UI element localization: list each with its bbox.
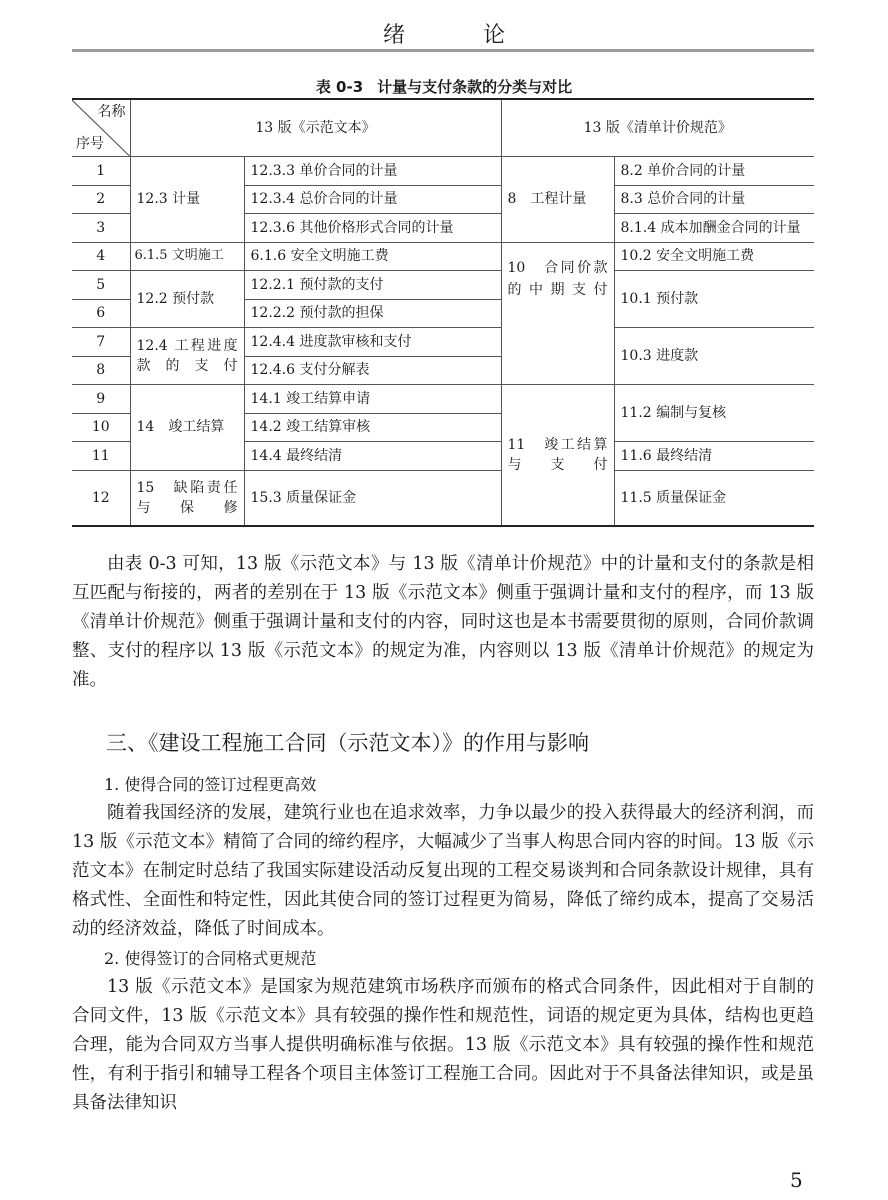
shifan-group: 15 缺陷责任与保修 — [130, 470, 244, 526]
qingdan-item: 10.2 安全文明施工费 — [614, 242, 814, 271]
row-seq: 3 — [72, 214, 130, 243]
qingdan-item: 8.3 总价合同的计量 — [614, 185, 814, 214]
qingdan-item: 10.3 进度款 — [614, 328, 814, 385]
shifan-item: 12.3.3 单价合同的计量 — [244, 157, 501, 186]
shifan-item: 12.2.2 预付款的担保 — [244, 299, 501, 328]
section-heading: 三、《建设工程施工合同（示范文本）》的作用与影响 — [106, 727, 589, 757]
qingdan-item: 8.2 单价合同的计量 — [614, 157, 814, 186]
paragraph: 随着我国经济的发展，建筑行业也在追求效率，力争以最少的投入获得最大的经济利润，而… — [72, 799, 814, 944]
table-caption-number: 表 0-3 — [316, 78, 363, 96]
shifan-item: 14.2 竣工结算审核 — [244, 413, 501, 442]
column-header-shifan: 13 版《示范文本》 — [130, 99, 501, 157]
table-row: 5 12.2 预付款 12.2.1 预付款的支付 10.1 预付款 — [72, 271, 814, 300]
qingdan-group: 11 竣工结算与支付 — [501, 385, 614, 526]
table-caption-title: 计量与支付条款的分类与对比 — [377, 78, 572, 96]
paragraph: 13 版《示范文本》是国家为规范建筑市场秩序而颁布的格式合同条件，因此相对于自制… — [72, 973, 814, 1118]
shifan-item: 12.2.1 预付款的支付 — [244, 271, 501, 300]
qingdan-item: 11.5 质量保证金 — [614, 470, 814, 526]
shifan-group: 12.2 预付款 — [130, 271, 244, 328]
header-rule — [72, 49, 814, 52]
table-row: 7 12.4 工程进度款的支付 12.4.4 进度款审核和支付 10.3 进度款 — [72, 328, 814, 357]
shifan-item: 14.1 竣工结算申请 — [244, 385, 501, 414]
row-seq: 7 — [72, 328, 130, 357]
paragraph-table-summary: 由表 0-3 可知，13 版《示范文本》与 13 版《清单计价规范》中的计量和支… — [72, 550, 814, 695]
diagonal-header-cell: 名称 序号 — [72, 99, 130, 157]
row-seq: 1 — [72, 157, 130, 186]
shifan-group: 6.1.5 文明施工 — [130, 242, 244, 271]
row-seq: 11 — [72, 442, 130, 471]
comparison-table: 名称 序号 13 版《示范文本》 13 版《清单计价规范》 1 12.3 计量 … — [72, 98, 814, 527]
qingdan-group: 8 工程计量 — [501, 157, 614, 243]
row-seq: 9 — [72, 385, 130, 414]
paragraph: 由表 0-3 可知，13 版《示范文本》与 13 版《清单计价规范》中的计量和支… — [72, 550, 814, 695]
shifan-item: 12.3.6 其他价格形式合同的计量 — [244, 214, 501, 243]
row-seq: 5 — [72, 271, 130, 300]
shifan-group: 12.4 工程进度款的支付 — [130, 328, 244, 385]
qingdan-item: 11.6 最终结清 — [614, 442, 814, 471]
shifan-item: 6.1.6 安全文明施工费 — [244, 242, 501, 271]
column-header-qingdan: 13 版《清单计价规范》 — [501, 99, 814, 157]
shifan-group: 12.3 计量 — [130, 157, 244, 243]
subheading-2: 2. 使得签订的合同格式更规范 — [72, 944, 814, 973]
page-number: 5 — [790, 1168, 803, 1192]
shifan-item: 12.3.4 总价合同的计量 — [244, 185, 501, 214]
section-body: 1. 使得合同的签订过程更高效 随着我国经济的发展，建筑行业也在追求效率，力争以… — [72, 770, 814, 1118]
table-row: 4 6.1.5 文明施工 6.1.6 安全文明施工费 10 合同价款的中期支付 … — [72, 242, 814, 271]
table-caption: 表 0-3计量与支付条款的分类与对比 — [0, 76, 888, 97]
row-seq: 2 — [72, 185, 130, 214]
table-header-row: 名称 序号 13 版《示范文本》 13 版《清单计价规范》 — [72, 99, 814, 157]
qingdan-item: 10.1 预付款 — [614, 271, 814, 328]
qingdan-item: 8.1.4 成本加酬金合同的计量 — [614, 214, 814, 243]
diag-header-name: 名称 — [98, 102, 126, 122]
qingdan-group: 10 合同价款的中期支付 — [501, 242, 614, 385]
running-header-title: 绪 论 — [0, 18, 888, 49]
row-seq: 8 — [72, 356, 130, 385]
row-seq: 10 — [72, 413, 130, 442]
qingdan-item: 11.2 编制与复核 — [614, 385, 814, 442]
shifan-group: 14 竣工结算 — [130, 385, 244, 471]
row-seq: 12 — [72, 470, 130, 526]
shifan-item: 12.4.4 进度款审核和支付 — [244, 328, 501, 357]
row-seq: 4 — [72, 242, 130, 271]
row-seq: 6 — [72, 299, 130, 328]
shifan-item: 12.4.6 支付分解表 — [244, 356, 501, 385]
diag-header-seq: 序号 — [76, 134, 104, 154]
shifan-item: 15.3 质量保证金 — [244, 470, 501, 526]
table-row: 1 12.3 计量 12.3.3 单价合同的计量 8 工程计量 8.2 单价合同… — [72, 157, 814, 186]
table-row: 12 15 缺陷责任与保修 15.3 质量保证金 11.5 质量保证金 — [72, 470, 814, 526]
subheading-1: 1. 使得合同的签订过程更高效 — [72, 770, 814, 799]
table-row: 9 14 竣工结算 14.1 竣工结算申请 11 竣工结算与支付 11.2 编制… — [72, 385, 814, 414]
shifan-item: 14.4 最终结清 — [244, 442, 501, 471]
